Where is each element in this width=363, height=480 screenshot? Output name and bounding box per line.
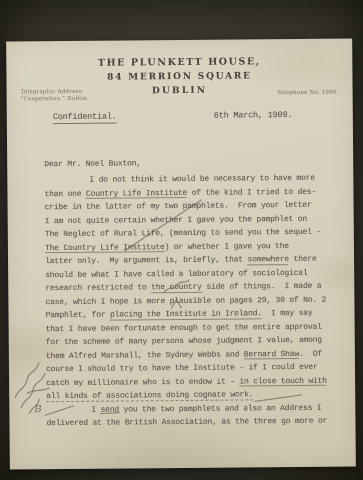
telegraphic-address: Telegraphic Address: “Cooperation,” Dubl… — [21, 89, 89, 103]
margin-initial: B — [34, 404, 41, 415]
scanned-letter-page: THE PLUNKETT HOUSE, 84 MERRION SQUARE DU… — [0, 0, 363, 480]
telegraphic-address-value: “Cooperation,” Dublin. — [21, 95, 89, 102]
date-line: 6th March, 1909. — [214, 110, 293, 121]
body-line: delivered at the British Association, as… — [46, 415, 334, 431]
reference-row: Confidential. 6th March, 1909. — [7, 109, 353, 126]
margin-handwriting-stroke — [15, 363, 39, 397]
body-line: catch my millionaire who is to endow it … — [46, 374, 334, 390]
telephone-number: Telephone No. 1990. — [277, 90, 339, 97]
body-line: The Neglect of Rural Life, (meaning to s… — [45, 226, 333, 242]
salutation: Dear Mr. Noel Buxton, — [44, 159, 141, 169]
telegraphic-address-label: Telegraphic Address: — [21, 89, 89, 96]
confidential-label: Confidential. — [53, 112, 117, 125]
margin-handwriting-stroke — [21, 373, 45, 407]
letter-body: I do not think it would be necessary to … — [44, 172, 334, 431]
letter-paper: THE PLUNKETT HOUSE, 84 MERRION SQUARE DU… — [6, 38, 356, 469]
